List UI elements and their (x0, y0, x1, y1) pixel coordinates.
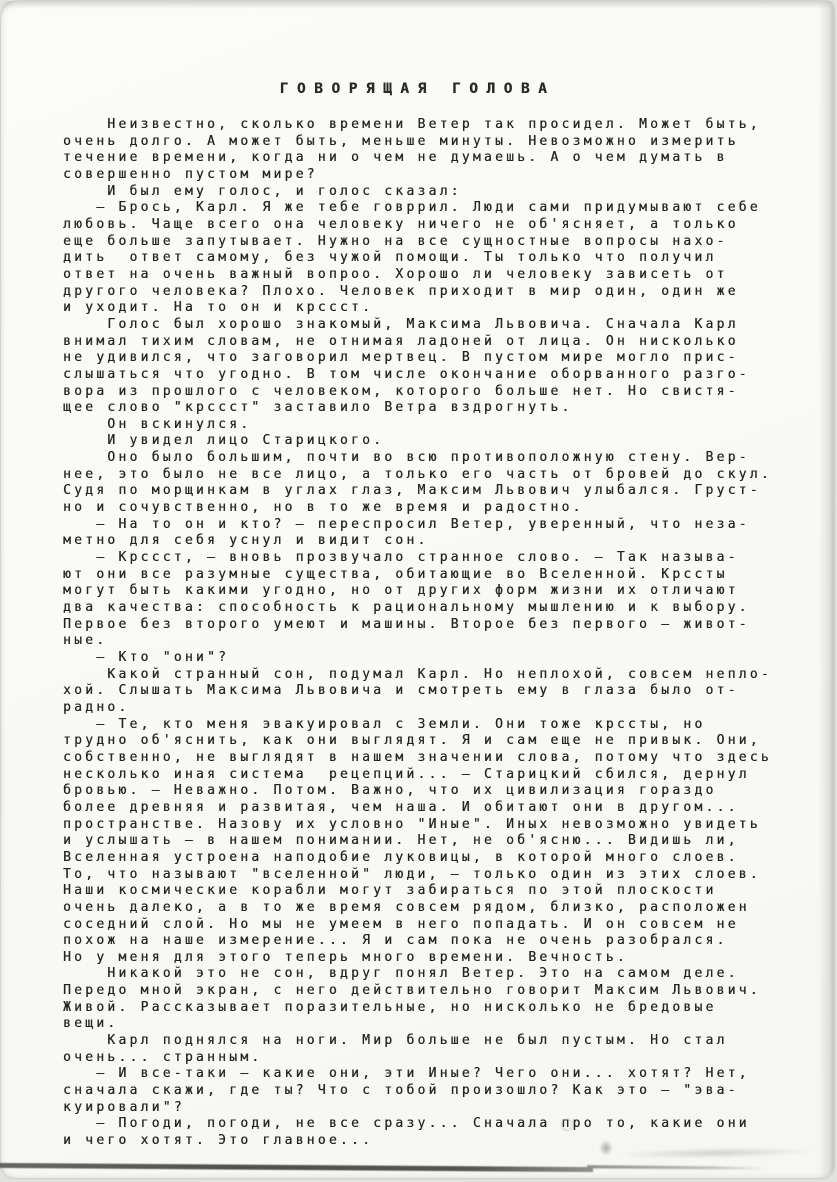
typewritten-page: ГОВОРЯЩАЯ ГОЛОВА Неизвестно, сколько вре… (1, 1, 834, 1178)
body-text: Неизвестно, сколько времени Ветер так пр… (63, 117, 793, 1150)
scan-bottom-edge-line (0, 1163, 593, 1172)
scan-right-edge-shadow (818, 1, 834, 1178)
pencil-mark-circle (561, 1119, 573, 1131)
scan-top-edge-shadow (1, 1, 834, 9)
pencil-smudge (599, 1140, 613, 1156)
scan-bottom-edge-faint (587, 1165, 767, 1170)
scanned-document: ГОВОРЯЩАЯ ГОЛОВА Неизвестно, сколько вре… (0, 0, 837, 1182)
page-title: ГОВОРЯЩАЯ ГОЛОВА (1, 81, 834, 97)
pencil-smudge-faint (621, 1146, 811, 1159)
